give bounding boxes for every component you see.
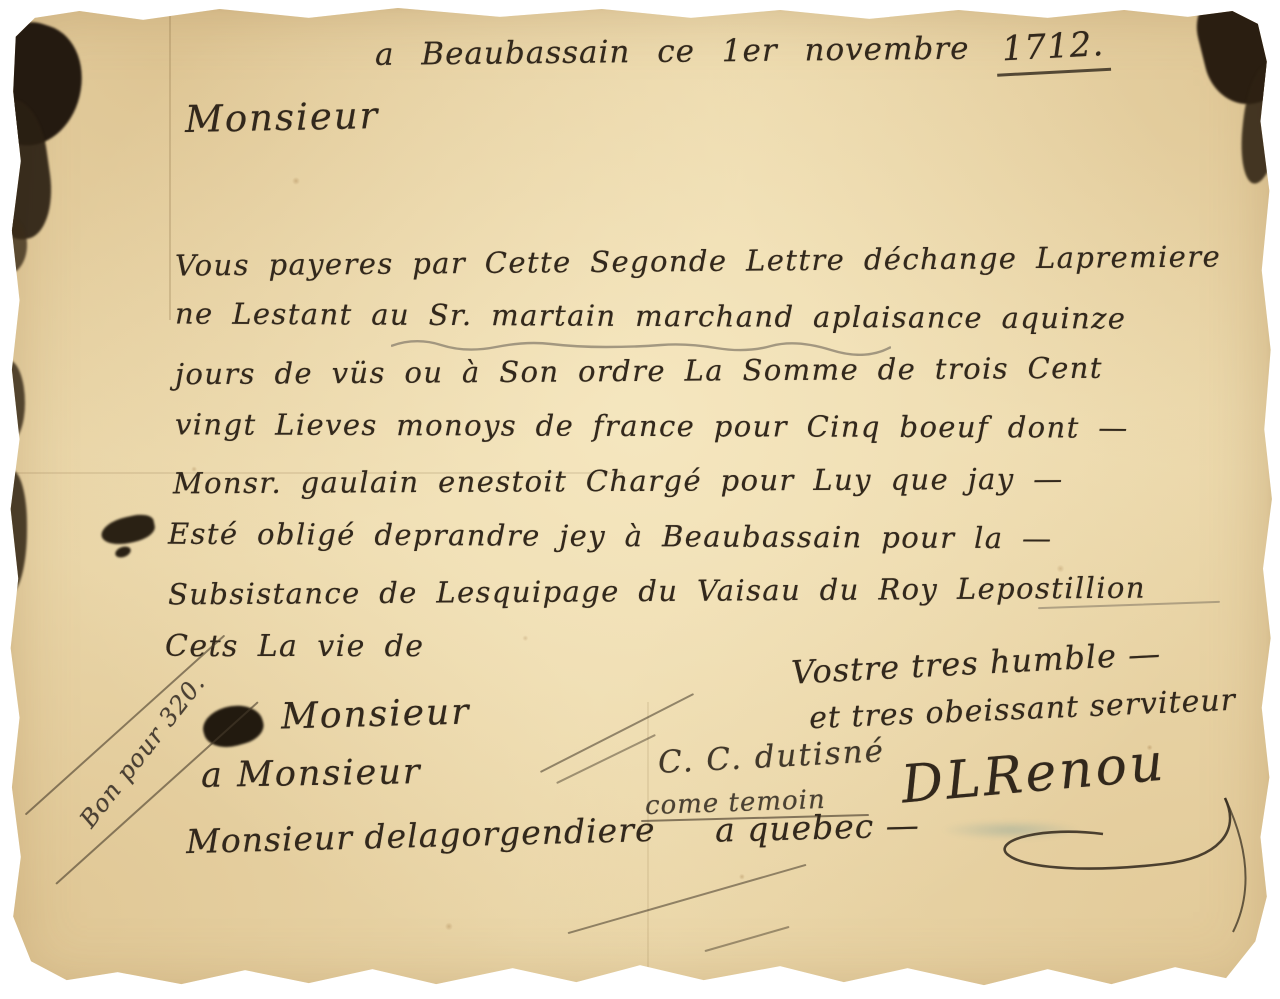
scanned-letter-stage: a Beaubassain ce 1er novembre 1712. Mons… bbox=[0, 0, 1280, 999]
dateline: a Beaubassain ce 1er novembre 1712. bbox=[375, 26, 1111, 81]
corner-stain-top-right bbox=[1188, 0, 1280, 113]
fold-crease-vertical-top bbox=[169, 2, 171, 320]
body-line: jours de vüs ou à Son ordre La Somme de … bbox=[175, 351, 1103, 391]
body-line: Esté obligé deprandre jey à Beaubassain … bbox=[168, 517, 1053, 556]
body-line: vingt Lieves monoys de france pour Cinq … bbox=[175, 407, 1129, 444]
valediction-line2: et tres obeissant serviteur bbox=[808, 683, 1236, 737]
paper-sheet: a Beaubassain ce 1er novembre 1712. Mons… bbox=[3, 2, 1277, 996]
ink-blot-middle-left-drop bbox=[114, 545, 132, 560]
dateline-year: 1712. bbox=[995, 24, 1112, 77]
dateline-date: 1er novembre bbox=[722, 31, 970, 70]
corner-stain-top-left bbox=[0, 12, 98, 158]
salutation: Monsieur bbox=[185, 94, 380, 141]
body-line: Monsr. gaulain enestoit Chargé pour Luy … bbox=[173, 462, 1064, 501]
pen-stroke-bottom-1 bbox=[568, 864, 807, 934]
body-line: ne Lestant au Sr. martain marchand aplai… bbox=[175, 297, 1127, 336]
pencil-underline-wavy bbox=[391, 332, 891, 356]
witness-signature: C. C. dutisné bbox=[657, 733, 886, 781]
fold-crease-vertical-bottom bbox=[647, 702, 649, 999]
signature-flourish bbox=[963, 792, 1263, 942]
body-line: Subsistance de Lesquipage du Vaisau du R… bbox=[168, 571, 1146, 612]
body-line: Vous payeres par Cette Segonde Lettre dé… bbox=[175, 239, 1221, 282]
pen-stroke-bottom-2 bbox=[704, 926, 789, 952]
edge-stain-left-lower bbox=[0, 470, 27, 596]
dateline-place: a Beaubassain ce bbox=[375, 34, 695, 73]
address-a-monsieur: a Monsieur bbox=[201, 752, 422, 796]
address-monsieur: Monsieur bbox=[280, 692, 470, 738]
ink-blot-middle-left bbox=[99, 512, 157, 549]
valediction-line1: Vostre tres humble — bbox=[790, 634, 1162, 691]
address-place: a quebec — bbox=[715, 805, 921, 849]
edge-stain-left-upper bbox=[0, 360, 25, 442]
pen-stroke-center-2 bbox=[556, 734, 656, 784]
address-recipient: Monsieur delagorgendiere bbox=[186, 810, 656, 861]
